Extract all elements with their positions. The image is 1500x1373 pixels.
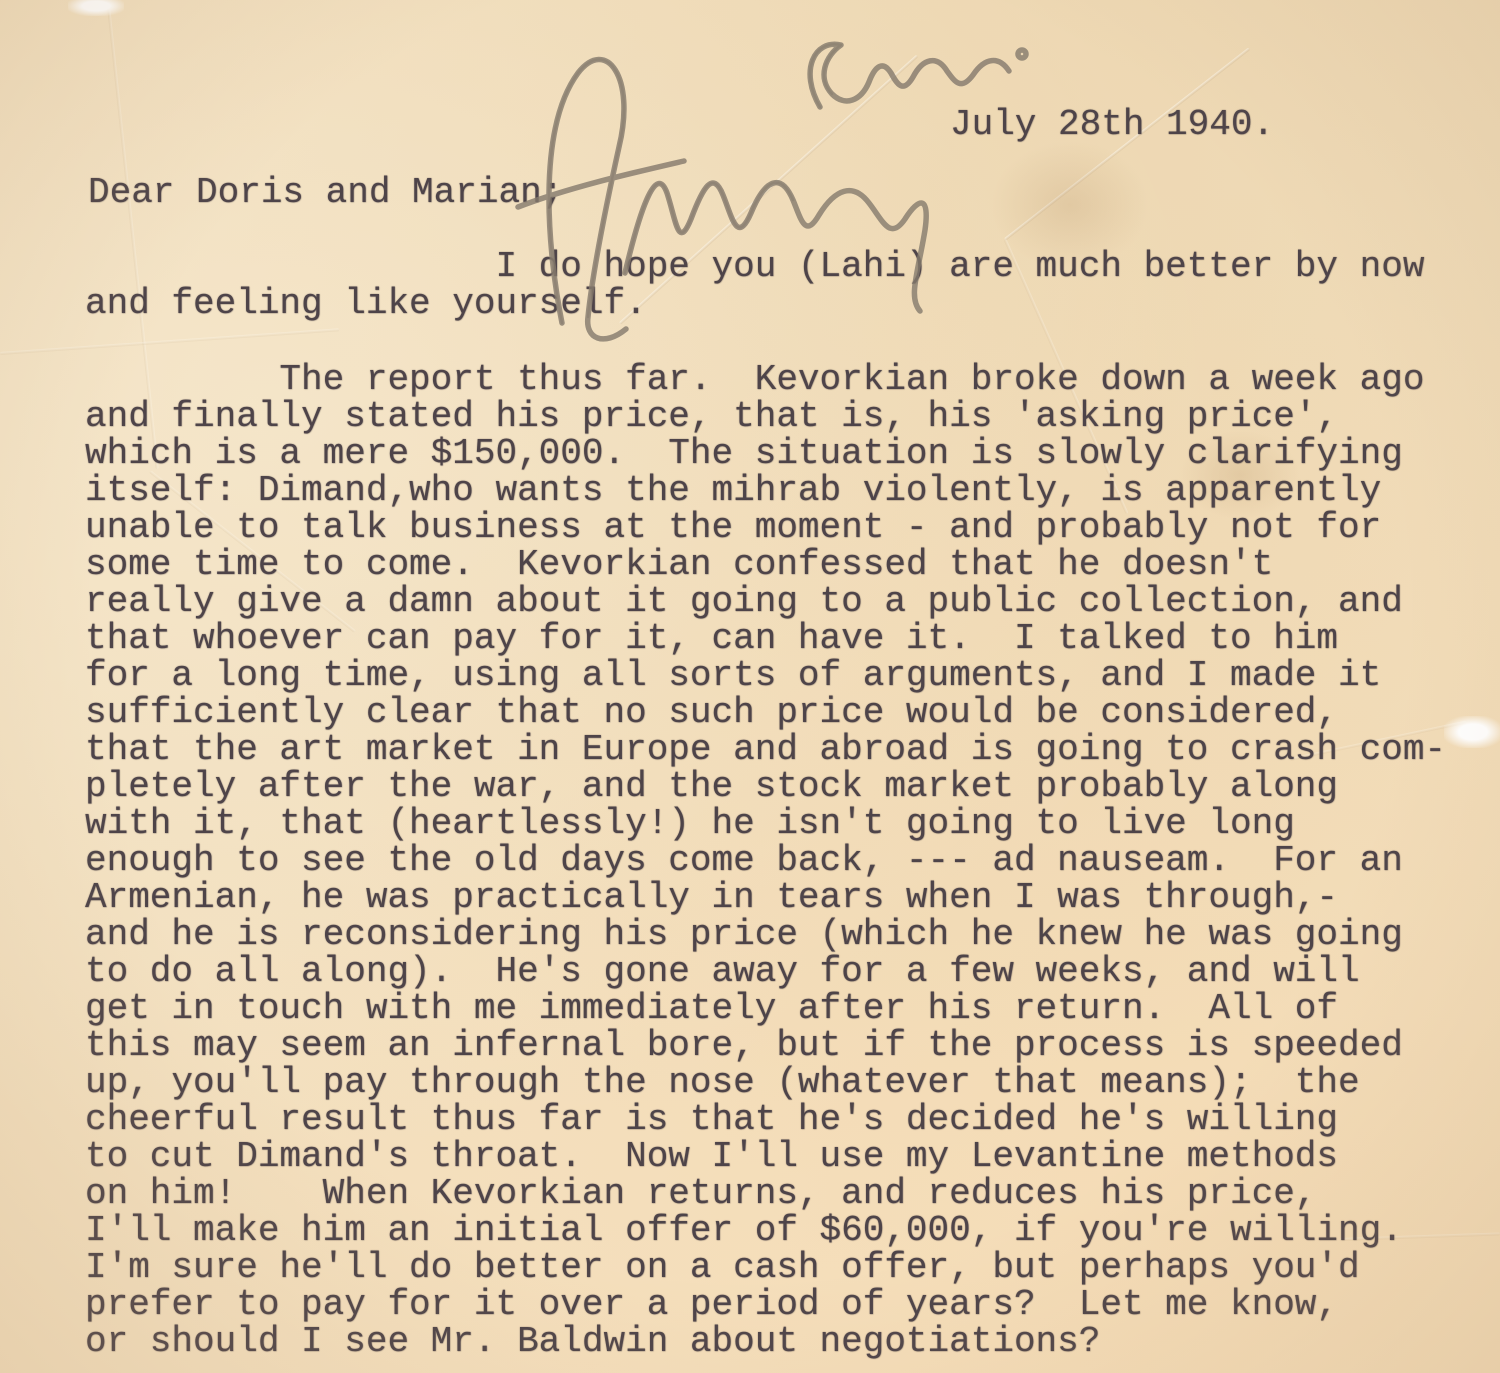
- typed-text-line: I'll make him an initial offer of $60,00…: [85, 1212, 1446, 1249]
- typed-text-line: get in touch with me immediately after h…: [85, 990, 1446, 1027]
- typed-text-line: up, you'll pay through the nose (whateve…: [85, 1064, 1446, 1101]
- typed-text-line: cheerful result thus far is that he's de…: [85, 1101, 1446, 1138]
- letter-page: July 28th 1940. Dear Doris and Marian; I…: [0, 0, 1500, 1373]
- typed-text-line: this may seem an infernal bore, but if t…: [85, 1027, 1446, 1064]
- typed-text-line: unable to talk business at the moment - …: [85, 509, 1446, 546]
- typed-text-line: sufficiently clear that no such price wo…: [85, 694, 1446, 731]
- typed-text-line: and finally stated his price, that is, h…: [85, 398, 1446, 435]
- paragraph-report: The report thus far. Kevorkian broke dow…: [85, 361, 1446, 1360]
- typed-text-line: that the art market in Europe and abroad…: [85, 731, 1446, 768]
- typed-text-line: that whoever can pay for it, can have it…: [85, 620, 1446, 657]
- typed-text-line: Armenian, he was practically in tears wh…: [85, 879, 1446, 916]
- typed-text-line: I'm sure he'll do better on a cash offer…: [85, 1249, 1446, 1286]
- typed-text-line: to do all along). He's gone away for a f…: [85, 953, 1446, 990]
- typed-text-line: or should I see Mr. Baldwin about negoti…: [85, 1323, 1446, 1360]
- typed-text-line: pletely after the war, and the stock mar…: [85, 768, 1446, 805]
- paper-fleck: [1444, 716, 1500, 748]
- typed-text-line: on him! When Kevorkian returns, and redu…: [85, 1175, 1446, 1212]
- typed-text-line: prefer to pay for it over a period of ye…: [85, 1286, 1446, 1323]
- typed-text-line: itself: Dimand,who wants the mihrab viol…: [85, 472, 1446, 509]
- typed-text-line: which is a mere $150,000. The situation …: [85, 435, 1446, 472]
- typed-text-line: for a long time, using all sorts of argu…: [85, 657, 1446, 694]
- paper-crease: [0, 328, 339, 355]
- letter-date: July 28th 1940.: [950, 106, 1274, 143]
- typed-text-line: to cut Dimand's throat. Now I'll use my …: [85, 1138, 1446, 1175]
- typed-text-line: The report thus far. Kevorkian broke dow…: [85, 361, 1446, 398]
- typed-text-line: I do hope you (Lahi) are much better by …: [85, 248, 1424, 285]
- typed-text-line: with it, that (heartlessly!) he isn't go…: [85, 805, 1446, 842]
- typed-text-line: really give a damn about it going to a p…: [85, 583, 1446, 620]
- salutation-line: Dear Doris and Marian;: [88, 174, 563, 211]
- typed-text-line: some time to come. Kevorkian confessed t…: [85, 546, 1446, 583]
- typed-text-line: and he is reconsidering his price (which…: [85, 916, 1446, 953]
- paper-fleck: [68, 0, 124, 16]
- typed-text-line: and feeling like yourself.: [85, 285, 1424, 322]
- typed-text-line: enough to see the old days come back, --…: [85, 842, 1446, 879]
- paragraph-opening: I do hope you (Lahi) are much better by …: [85, 248, 1424, 322]
